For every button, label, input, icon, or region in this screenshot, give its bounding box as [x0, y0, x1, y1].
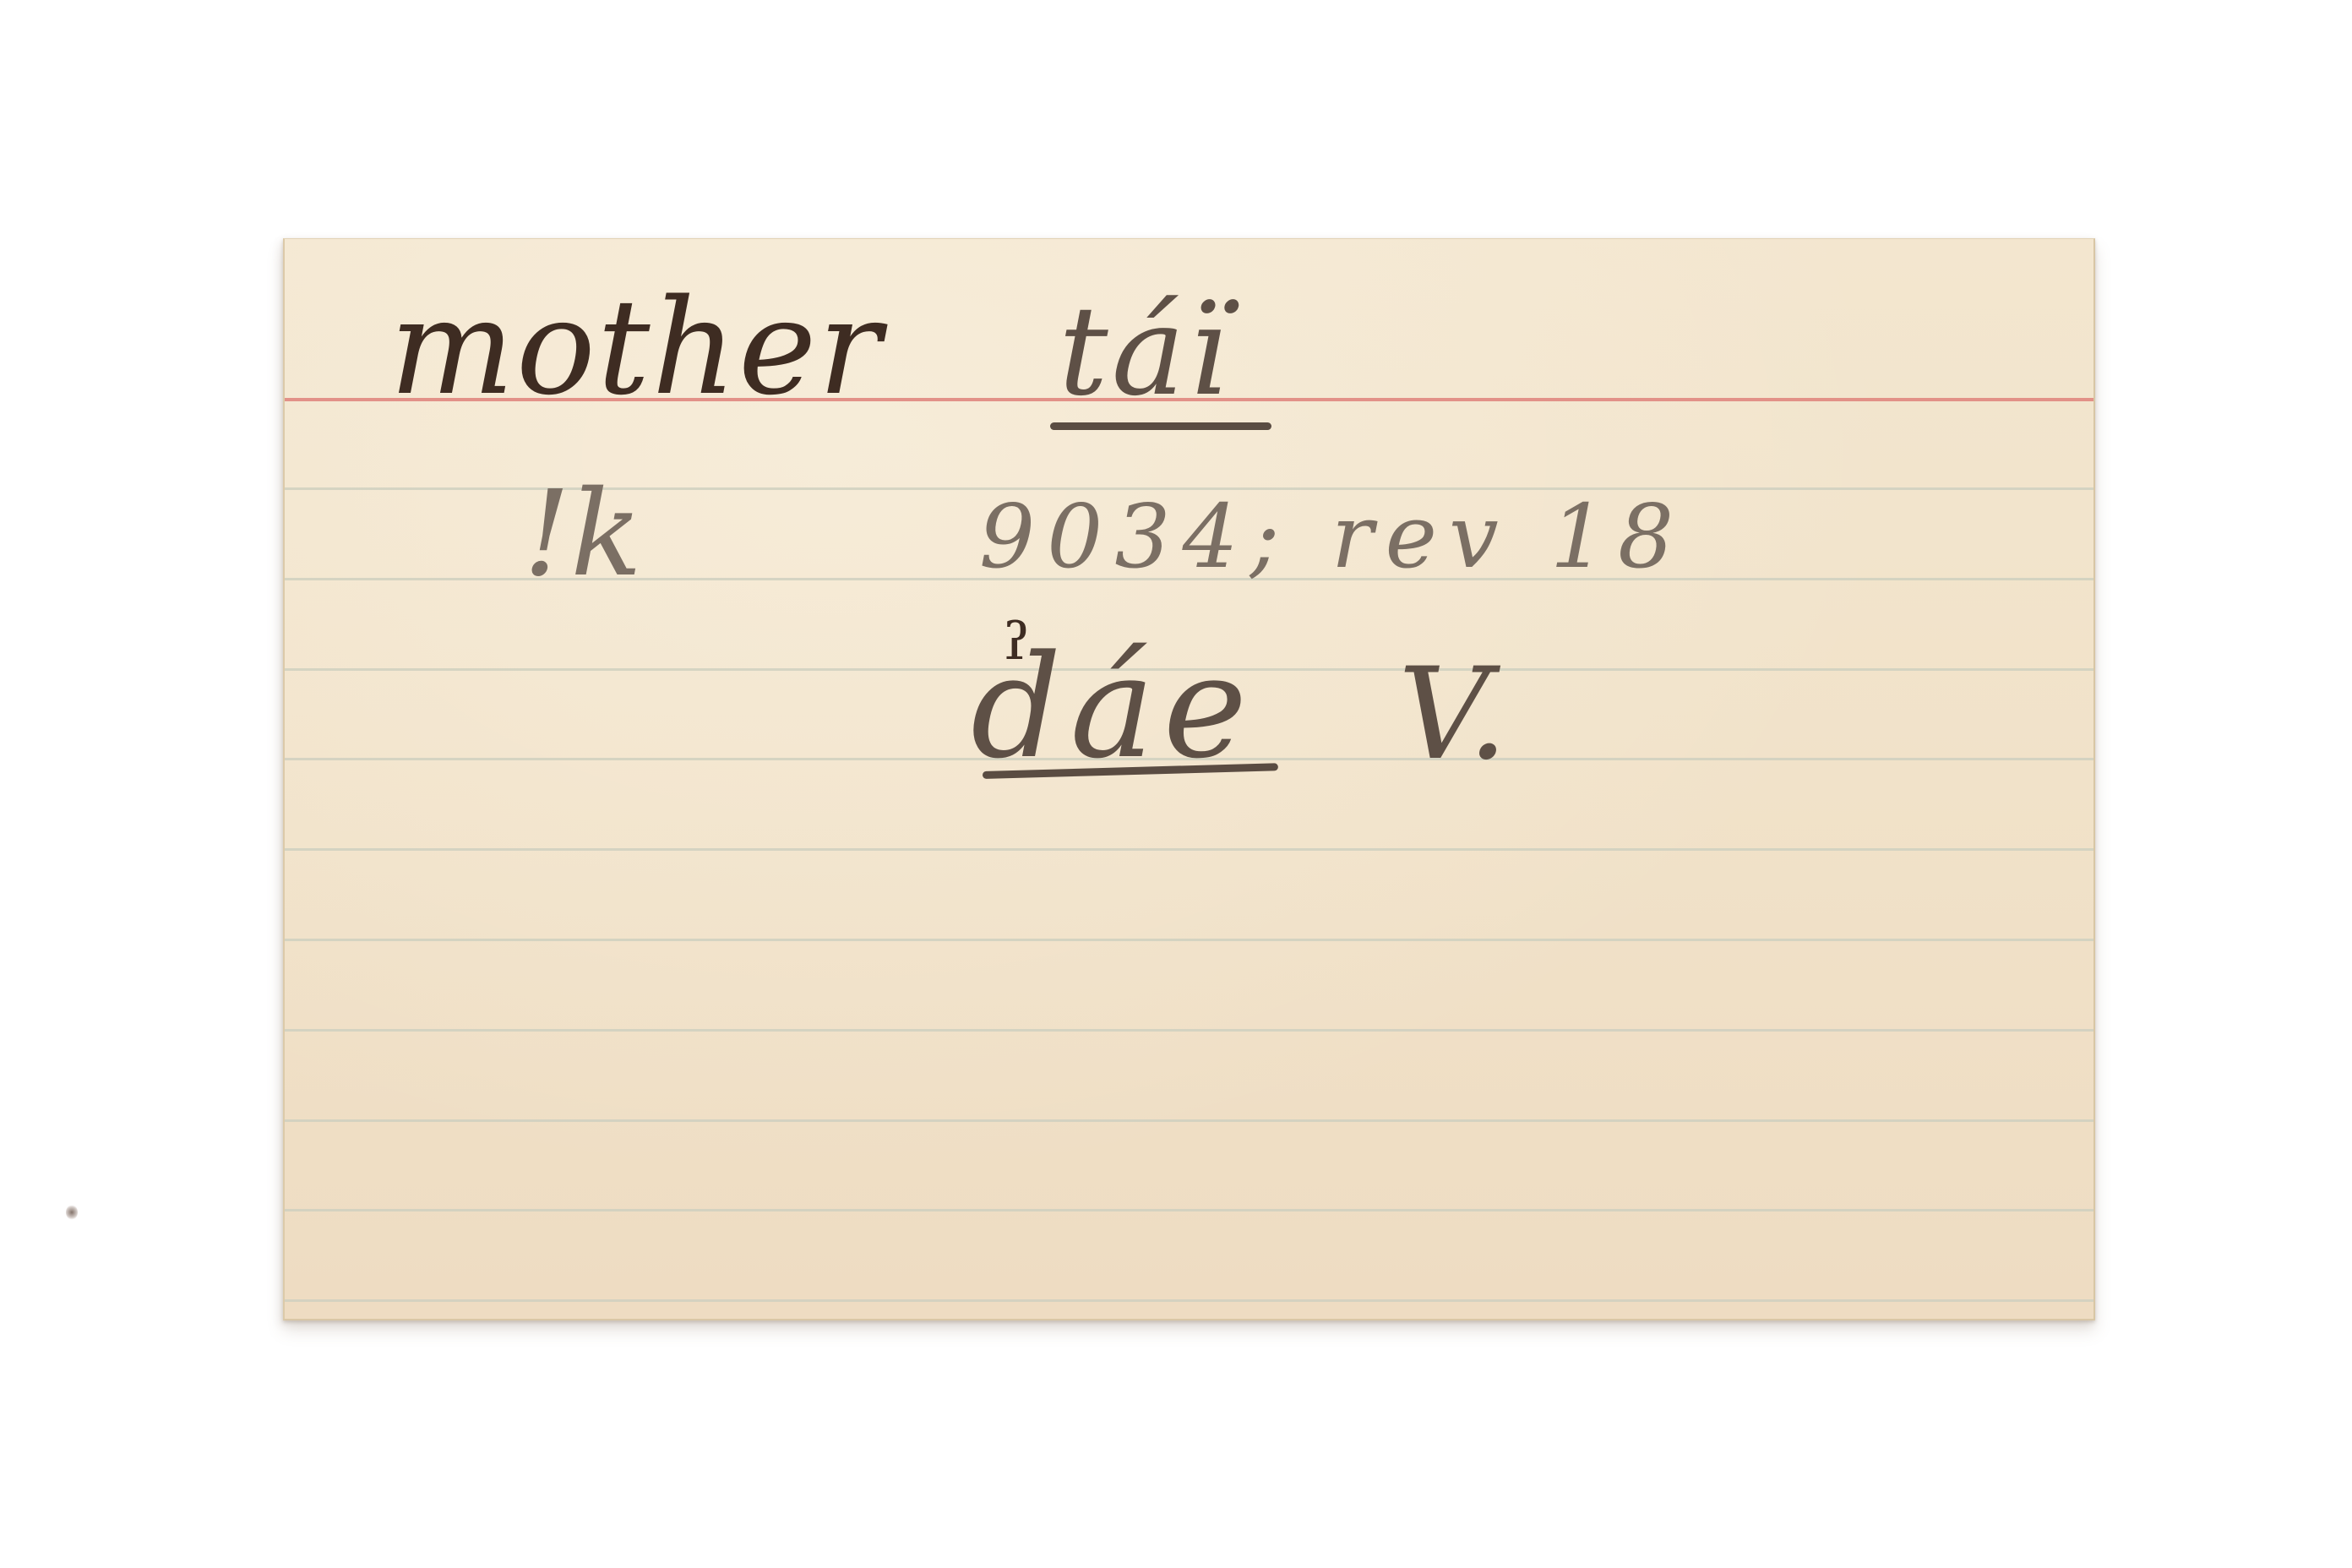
- headword-underline: [1050, 422, 1271, 430]
- index-card: mother táï !k 9034; rev 18 ˀ dáe V.: [283, 238, 2095, 1320]
- language-code: !k: [523, 476, 642, 594]
- reference-number: 9034; rev 18: [979, 493, 1685, 580]
- ruled-line: [285, 848, 2093, 851]
- dust-speck: [66, 1205, 78, 1220]
- headword: táï: [1059, 290, 1231, 413]
- ruled-line: [285, 1209, 2093, 1211]
- ruled-line: [285, 1029, 2093, 1032]
- ruled-line: [285, 1299, 2093, 1302]
- english-word: mother: [389, 281, 883, 413]
- ruled-line: [285, 1119, 2093, 1122]
- ruled-line: [285, 939, 2093, 941]
- variant-note: V.: [1398, 651, 1508, 778]
- variant-form: dáe: [971, 636, 1255, 778]
